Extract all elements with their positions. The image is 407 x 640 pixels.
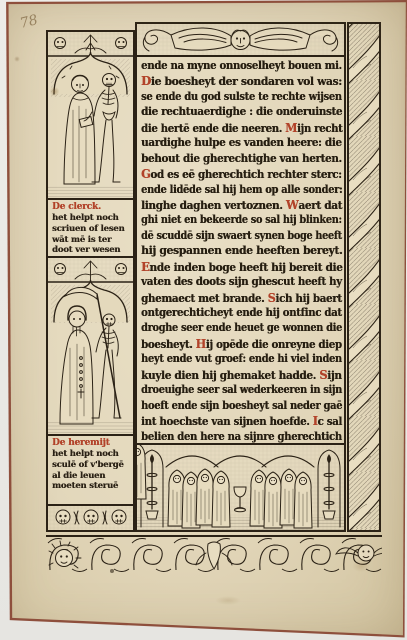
caption-hermit: De heremijt het helpt nochsculē of v'ber… <box>46 434 135 506</box>
text-line: boesheyt. Hij opēde die onreyne diep <box>141 336 321 351</box>
text-line: linghe daghen vertoznen. Waert dat <box>141 197 326 212</box>
left-panel-skulls <box>46 504 135 532</box>
right-border <box>347 22 381 532</box>
left-panel-clerk <box>46 30 135 200</box>
paper-leaf: 78 <box>0 0 407 640</box>
text-line: Ende inden boge heeft hij bereit die <box>141 259 326 274</box>
caption-line: al die leuen <box>52 471 130 482</box>
text-line: hij gespannen ende heeften bereyt. <box>141 243 331 258</box>
text-line: droeuighe seer sal wederkeeren in sijn <box>141 382 313 397</box>
funeral-vigil-woodcut <box>137 445 344 530</box>
text-line: hoeft ende sijn boesheyt sal neder gaē <box>141 398 315 413</box>
stain <box>215 596 241 605</box>
caption-clerk-lines: het helpt nochscriuen of lesenwāt mē is … <box>52 213 130 256</box>
clerk-and-death-woodcut <box>48 32 133 198</box>
caption-line: scriuen of lesen <box>52 224 130 235</box>
top-banner <box>135 22 346 57</box>
text-line: belien den here na sijnre gherechtich <box>141 429 318 444</box>
text-line: ende lidēde sal hij hem op alle sonder: <box>141 182 315 197</box>
twisted-branch-border <box>349 24 379 530</box>
text-line: heyt ende vut groef: ende hi viel inden <box>141 351 315 366</box>
text-line: int hoechste van sijnen hoefde. Ic sal <box>141 413 321 428</box>
main-text-block: ende na myne onnoselheyt bouen mi.Die bo… <box>135 55 346 443</box>
text-line: se ende du god sulste te rechte wijsen <box>141 89 316 104</box>
caption-line: doot ver wesen <box>52 245 130 256</box>
caption-line: sculē of v'bergē <box>52 460 130 471</box>
text-line: kuyle dien hij ghemaket hadde. Sijn <box>141 367 326 382</box>
text-line: ontgerechticheyt ende hij ontfinc dat <box>141 305 320 320</box>
text-line: Die boesheyt der sondaren vol was: <box>141 73 330 88</box>
rubric-initial: E <box>141 259 149 274</box>
rubric-initial: D <box>141 73 151 88</box>
text-line: uardighe hulpe es vanden heere: die <box>141 135 324 150</box>
bottom-illustration <box>135 443 346 532</box>
hermit-and-death-woodcut <box>48 258 133 434</box>
text-line: vaten des doots sijn ghescut heeft hy <box>141 274 322 289</box>
rubric-initial: W <box>286 197 298 212</box>
folio-annotation: 78 <box>18 12 39 32</box>
rubric-initial: G <box>141 166 150 181</box>
caption-hermit-title: De heremijt <box>52 438 130 449</box>
caption-clerk: De clerck. het helpt nochscriuen of lese… <box>46 198 135 258</box>
scanned-page: 78 <box>0 0 407 640</box>
text-line: droghe seer ende heuet ge wonnen die <box>141 320 313 335</box>
text-line: die hertē ende die neeren. Mijn recht <box>141 120 319 135</box>
caption-line: wāt mē is ter <box>52 235 130 246</box>
bottom-foliate-border <box>46 535 382 578</box>
rubric-initial: S <box>319 367 327 382</box>
caption-line: het helpt noch <box>52 213 130 224</box>
text-line: ghemaect met brande. Sich hij baert <box>141 290 322 305</box>
foliate-scroll-border <box>46 535 382 578</box>
winged-cherub-woodcut <box>137 24 344 55</box>
text-line: die rechtuaerdighe : die onderuinste <box>141 104 323 119</box>
caption-line: het helpt noch <box>52 449 130 460</box>
skulls-and-bones-ornament <box>48 506 133 530</box>
text-line: ghi niet en bekeerde so sal hij blinken: <box>141 212 312 227</box>
stain <box>14 56 20 62</box>
text-line: God es eē gherechtich rechter sterc: <box>141 166 323 181</box>
text-line: dē scuddē sijn swaert synen boge heeft <box>141 228 312 243</box>
caption-hermit-lines: het helpt nochsculē of v'bergēal die leu… <box>52 449 130 492</box>
left-panel-hermit <box>46 256 135 436</box>
text-line: behout die gherechtighe van herten. <box>141 151 323 166</box>
text-line: ende na myne onnoselheyt bouen mi. <box>141 58 320 73</box>
rubric-initial: H <box>196 336 206 351</box>
caption-clerk-title: De clerck. <box>52 202 130 213</box>
caption-line: moeten steruē <box>52 481 130 492</box>
rubric-initial: M <box>285 120 297 135</box>
